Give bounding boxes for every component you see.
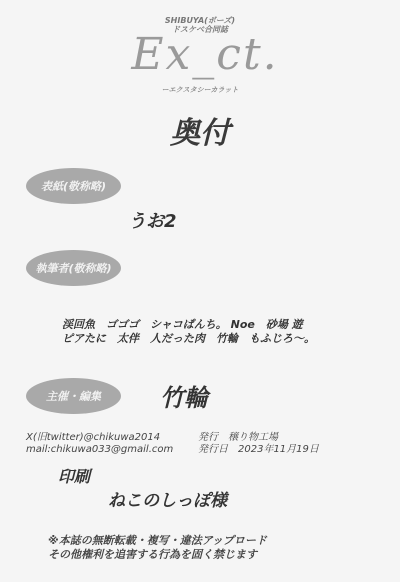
- notice-line-2: その他権利を追害する行為を固く禁じます: [48, 546, 257, 562]
- tagline: ーエクスタシーカラット: [140, 85, 260, 95]
- guest-label-pill: 執筆者(敬称略): [26, 250, 121, 286]
- printer-name: ねこのしっぽ様: [108, 486, 227, 511]
- print-label: 印刷: [58, 464, 90, 487]
- cover-artist: うお2: [128, 207, 177, 233]
- cover-label: 表紙(敬称略): [41, 178, 106, 194]
- editor-label: 主催・編集: [46, 388, 101, 404]
- publisher: 発行 穣り物工場: [198, 432, 278, 444]
- cover-label-pill: 表紙(敬称略): [26, 168, 121, 204]
- subtitle-line-1: SHIBUYA(ボーズ): [150, 16, 250, 25]
- editor-label-pill: 主催・編集: [26, 378, 121, 414]
- email-address: mail:chikuwa033@gmail.com: [26, 444, 173, 456]
- logo: Ex_ct.: [105, 30, 305, 80]
- guest-list-line-2: ピアたに 太伴 人だった肉 竹輪 もふじろ〜。: [62, 330, 315, 346]
- editor-name: 竹輪: [160, 378, 208, 413]
- publish-date: 発行日 2023年11月19日: [198, 444, 319, 456]
- guest-label: 執筆者(敬称略): [35, 260, 111, 276]
- twitter-handle: X(旧twitter)@chikuwa2014: [26, 432, 160, 444]
- page-title: 奥付: [150, 108, 250, 152]
